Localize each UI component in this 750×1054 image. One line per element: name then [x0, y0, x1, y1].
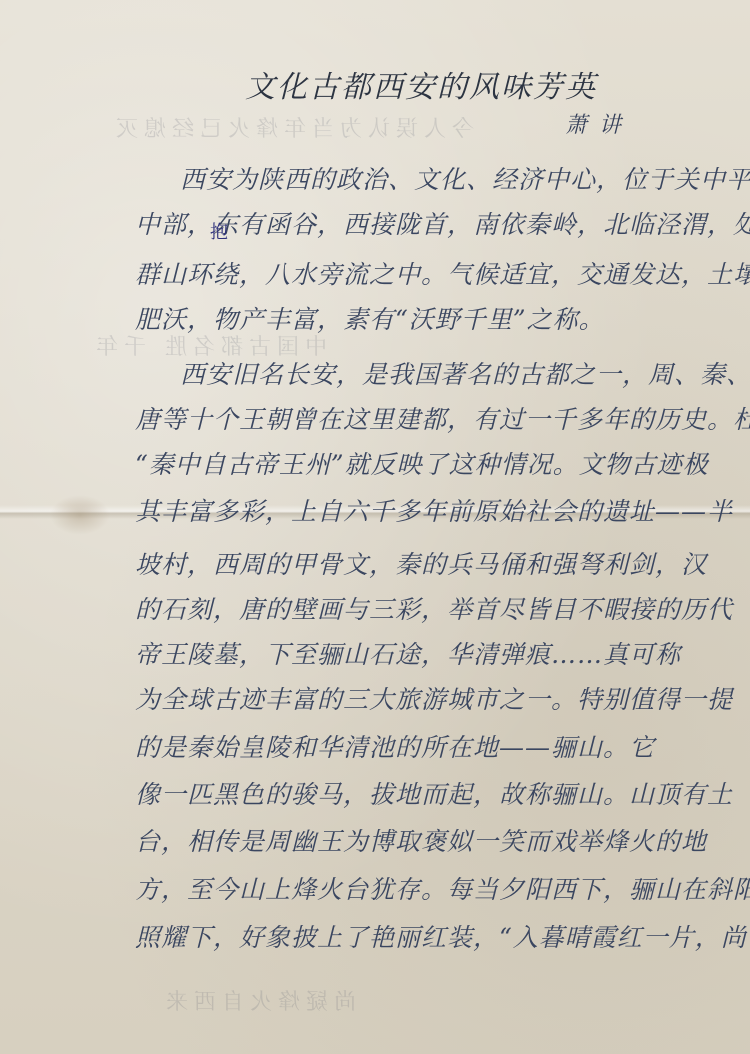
text-line: 像一匹黑色的骏马，拔地而起，故称骊山。山顶有土 — [135, 775, 733, 811]
text-line: 坡村，西周的甲骨文，秦的兵马俑和强弩利剑，汉 — [135, 545, 707, 581]
text-line: 照耀下，好象披上了艳丽红装，“入暮晴霞红一片，尚 — [135, 918, 747, 954]
paper-stain — [50, 495, 110, 535]
text-line: 的是秦始皇陵和华清池的所在地——骊山。它 — [135, 728, 655, 764]
document-title: 文化古都西安的风味芳英 — [245, 62, 597, 106]
bleed-through-text: 尚疑烽火自西来 — [160, 985, 356, 1016]
text-line: 其丰富多彩，上自六千多年前原始社会的遗址——半 — [135, 492, 733, 528]
text-line: 的石刻，唐的壁画与三彩，举首尽皆目不暇接的历代 — [135, 590, 733, 626]
author-name: 萧讲 — [565, 108, 633, 139]
text-line: 群山环绕，八水旁流之中。气候适宜，交通发达，土壤 — [135, 255, 750, 291]
text-line: 为全球古迹丰富的三大旅游城市之一。特别值得一提 — [135, 680, 733, 716]
text-line: 方，至今山上烽火台犹存。每当夕阳西下，骊山在斜阳 — [135, 870, 750, 906]
text-line: 西安为陕西的政治、文化、经济中心，位于关中平原 — [180, 160, 750, 196]
manuscript-page: 今人误认为当年烽火已经熄灭 中国古都名胜 千年 尚疑烽火自西来 文化古都西安的风… — [0, 0, 750, 1054]
text-line: 台，相传是周幽王为博取褒姒一笑而戏举烽火的地 — [135, 822, 707, 858]
bleed-through-text: 今人误认为当年烽火已经熄灭 — [110, 112, 474, 143]
text-line: 西安旧名长安，是我国著名的古都之一，周、秦、汉、 — [180, 355, 750, 391]
insertion-mark: 抱 — [210, 218, 228, 244]
text-line: 肥沃，物产丰富，素有“沃野千里”之称。 — [135, 300, 605, 336]
text-line: “秦中自古帝王州”就反映了这种情况。文物古迹极 — [135, 445, 709, 481]
text-line: 唐等十个王朝曾在这里建都，有过一千多年的历史。杜甫 — [135, 400, 750, 436]
text-line: 帝王陵墓，下至骊山石途，华清弹痕……真可称 — [135, 635, 681, 671]
